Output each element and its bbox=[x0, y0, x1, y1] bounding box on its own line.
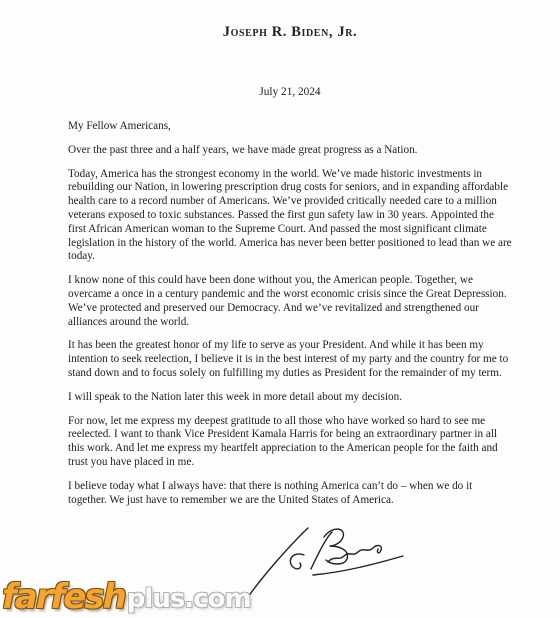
letter-paragraph: I know none of this could have been done… bbox=[68, 274, 512, 329]
signature-scrawl-icon bbox=[240, 518, 415, 606]
letter-paragraph: It has been the greatest honor of my lif… bbox=[68, 339, 512, 380]
sender-name: Joseph R. Biden, Jr. bbox=[68, 24, 512, 41]
letter-date: July 21, 2024 bbox=[68, 86, 512, 98]
biden-signature bbox=[240, 518, 415, 606]
salutation: My Fellow Americans, bbox=[68, 120, 512, 134]
letter-page: Joseph R. Biden, Jr. July 21, 2024 My Fe… bbox=[0, 0, 560, 618]
watermark-brand-text: farfesh bbox=[2, 580, 125, 614]
letter-paragraph: I will speak to the Nation later this we… bbox=[68, 391, 512, 405]
watermark-suffix-text: plus.com bbox=[127, 585, 251, 614]
watermark-farfeshplus-logo: farfesh plus.com bbox=[2, 580, 251, 614]
letter-paragraph: Today, America has the strongest economy… bbox=[68, 168, 512, 265]
letter-paragraph: For now, let me express my deepest grati… bbox=[68, 415, 512, 470]
letter-paragraph: Over the past three and a half years, we… bbox=[68, 144, 512, 158]
letter-body: My Fellow Americans, Over the past three… bbox=[68, 120, 512, 507]
letter-paragraph: I believe today what I always have: that… bbox=[68, 480, 512, 508]
